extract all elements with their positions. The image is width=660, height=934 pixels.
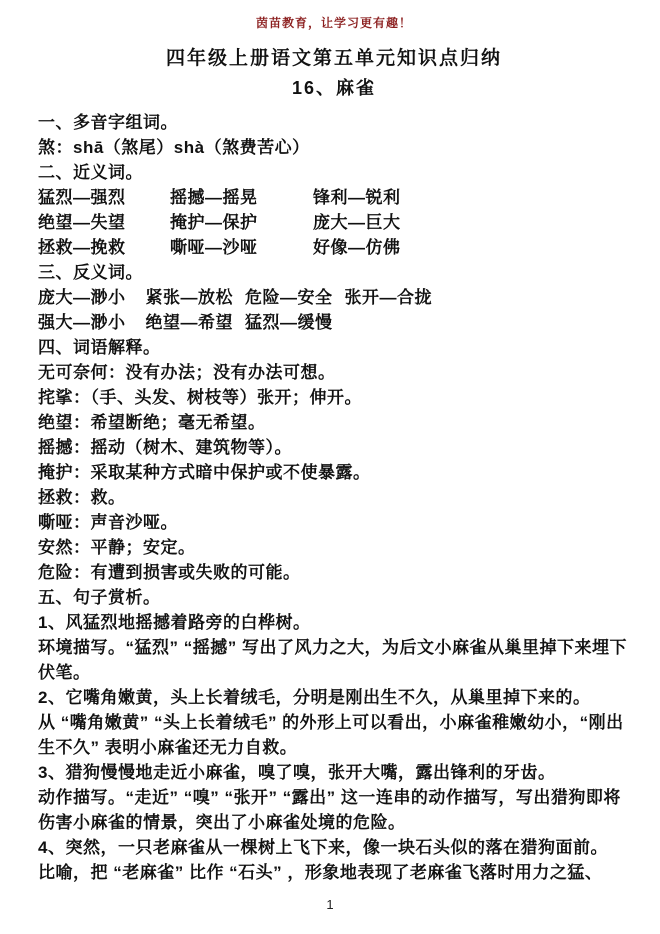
definition-line: 危险：有遭到损害或失败的可能。: [38, 560, 630, 585]
section-5-heading: 五、句子赏析。: [38, 585, 630, 610]
sentence-line: 1、风猛烈地摇撼着路旁的白桦树。: [38, 610, 630, 635]
antonym-pair: 庞大—渺小: [38, 285, 126, 310]
lesson-title: 16、麻雀: [38, 74, 630, 100]
antonym-pair: 紧张—放松: [146, 285, 234, 310]
antonym-pair: 张开—合拢: [345, 285, 433, 310]
definition-line: 绝望：希望断绝；毫无希望。: [38, 410, 630, 435]
definition-line: 嘶哑：声音沙哑。: [38, 510, 630, 535]
analysis-line: 比喻，把 “老麻雀” 比作 “石头” ，形象地表现了老麻雀飞落时用力之猛、: [38, 860, 630, 885]
synonym-pair: 锋利—锐利: [313, 185, 401, 210]
definition-line: 摇撼：摇动（树木、建筑物等）。: [38, 435, 630, 460]
synonym-row: 猛烈—强烈摇撼—摇晃锋利—锐利: [38, 185, 630, 210]
antonym-pair: 绝望—希望: [146, 310, 234, 335]
synonym-row: 绝望—失望掩护—保护庞大—巨大: [38, 210, 630, 235]
definition-line: 无可奈何：没有办法；没有办法可想。: [38, 360, 630, 385]
doc-title: 四年级上册语文第五单元知识点归纳: [38, 43, 630, 70]
synonym-pair: 绝望—失望: [38, 210, 170, 235]
section-1-heading: 一、多音字组词。: [38, 110, 630, 135]
synonym-pair: 嘶哑—沙哑: [170, 235, 313, 260]
section-2-heading: 二、近义词。: [38, 160, 630, 185]
antonym-pair: 猛烈—缓慢: [245, 310, 333, 335]
synonym-pair: 猛烈—强烈: [38, 185, 170, 210]
antonym-row: 庞大—渺小紧张—放松危险—安全张开—合拢: [38, 285, 630, 310]
brand-header: 茵苗教育，让学习更有趣！: [38, 14, 630, 31]
definition-line: 挓挲：（手、头发、树枝等）张开；伸开。: [38, 385, 630, 410]
definition-line: 拯救：救。: [38, 485, 630, 510]
definition-line: 安然：平静；安定。: [38, 535, 630, 560]
antonym-row: 强大—渺小绝望—希望猛烈—缓慢: [38, 310, 630, 335]
section-3-heading: 三、反义词。: [38, 260, 630, 285]
sentence-line: 4、突然，一只老麻雀从一棵树上飞下来，像一块石头似的落在猎狗面前。: [38, 835, 630, 860]
synonym-row: 拯救—挽救嘶哑—沙哑好像—仿佛: [38, 235, 630, 260]
antonym-pair: 危险—安全: [245, 285, 333, 310]
definition-line: 掩护：采取某种方式暗中保护或不使暴露。: [38, 460, 630, 485]
synonym-pair: 掩护—保护: [170, 210, 313, 235]
synonym-pair: 拯救—挽救: [38, 235, 170, 260]
polyphonic-entry: 煞：shā（煞尾）shà（煞费苦心）: [38, 135, 630, 160]
analysis-line: 动作描写。“走近” “嗅” “张开” “露出” 这一连串的动作描写，写出猎狗即将…: [38, 785, 630, 835]
page-number: 1: [0, 897, 660, 912]
synonym-pair: 庞大—巨大: [313, 210, 401, 235]
sentence-line: 3、猎狗慢慢地走近小麻雀，嗅了嗅，张开大嘴，露出锋利的牙齿。: [38, 760, 630, 785]
analysis-line: 环境描写。“猛烈” “摇撼” 写出了风力之大，为后文小麻雀从巢里掉下来埋下伏笔。: [38, 635, 630, 685]
document-page: 茵苗教育，让学习更有趣！ 四年级上册语文第五单元知识点归纳 16、麻雀 一、多音…: [0, 0, 660, 934]
antonym-pair: 强大—渺小: [38, 310, 126, 335]
sentence-line: 2、它嘴角嫩黄，头上长着绒毛，分明是刚出生不久，从巢里掉下来的。: [38, 685, 630, 710]
analysis-line: 从 “嘴角嫩黄” “头上长着绒毛” 的外形上可以看出，小麻雀稚嫩幼小，“刚出生不…: [38, 710, 630, 760]
synonym-pair: 好像—仿佛: [313, 235, 401, 260]
section-4-heading: 四、词语解释。: [38, 335, 630, 360]
synonym-pair: 摇撼—摇晃: [170, 185, 313, 210]
